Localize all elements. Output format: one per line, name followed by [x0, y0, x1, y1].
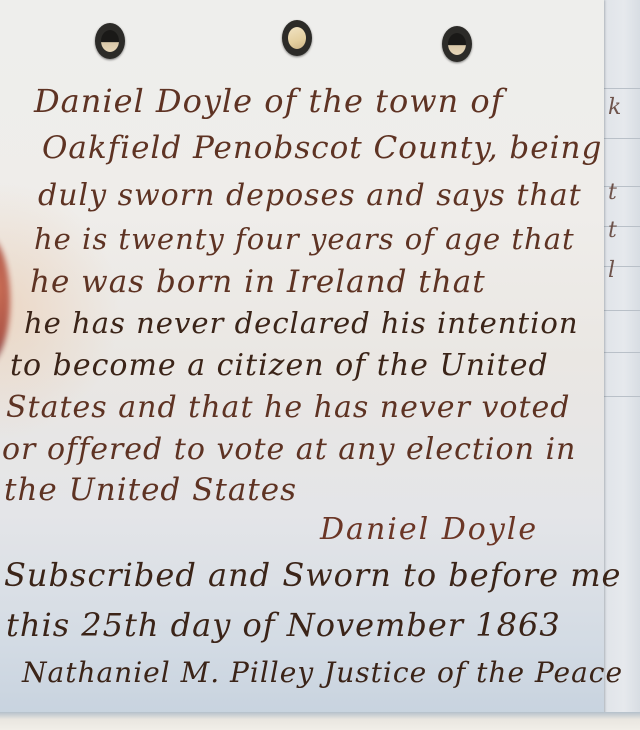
affidavit-line-8: States and that he has never voted: [6, 390, 570, 425]
affidavit-line-3: duly sworn deposes and says that: [38, 178, 582, 213]
binding-grommet-right-icon: [442, 26, 472, 62]
affidavit-line-7: to become a citizen of the United: [10, 348, 549, 383]
justice-signature: Nathaniel M. Pilley Justice of the Peace: [22, 656, 623, 689]
document-sheet: Daniel Doyle of the town of Oakfield Pen…: [0, 0, 604, 715]
affidavit-line-10: the United States: [4, 472, 297, 508]
underlying-page: k t t l: [600, 0, 640, 730]
affidavit-line-6: he has never declared his intention: [24, 306, 579, 340]
jurat-line-1: Subscribed and Sworn to before me: [4, 556, 621, 594]
margin-fragment: l: [608, 258, 615, 283]
binding-grommet-center-icon: [282, 20, 312, 56]
affidavit-line-9: or offered to vote at any election in: [2, 432, 576, 467]
affidavit-line-1: Daniel Doyle of the town of: [34, 82, 504, 120]
page-fold: [0, 712, 640, 730]
affidavit-line-2: Oakfield Penobscot County, being: [42, 130, 602, 166]
margin-fragment: t: [608, 218, 617, 243]
affidavit-line-5: he was born in Ireland that: [30, 264, 486, 300]
jurat-line-2: this 25th day of November 1863: [6, 606, 561, 644]
affidavit-line-4: he is twenty four years of age that: [34, 222, 575, 256]
margin-fragment: k: [608, 95, 621, 120]
binding-grommet-left-icon: [95, 23, 125, 59]
margin-fragment: t: [608, 180, 617, 205]
deponent-signature: Daniel Doyle: [320, 512, 538, 547]
